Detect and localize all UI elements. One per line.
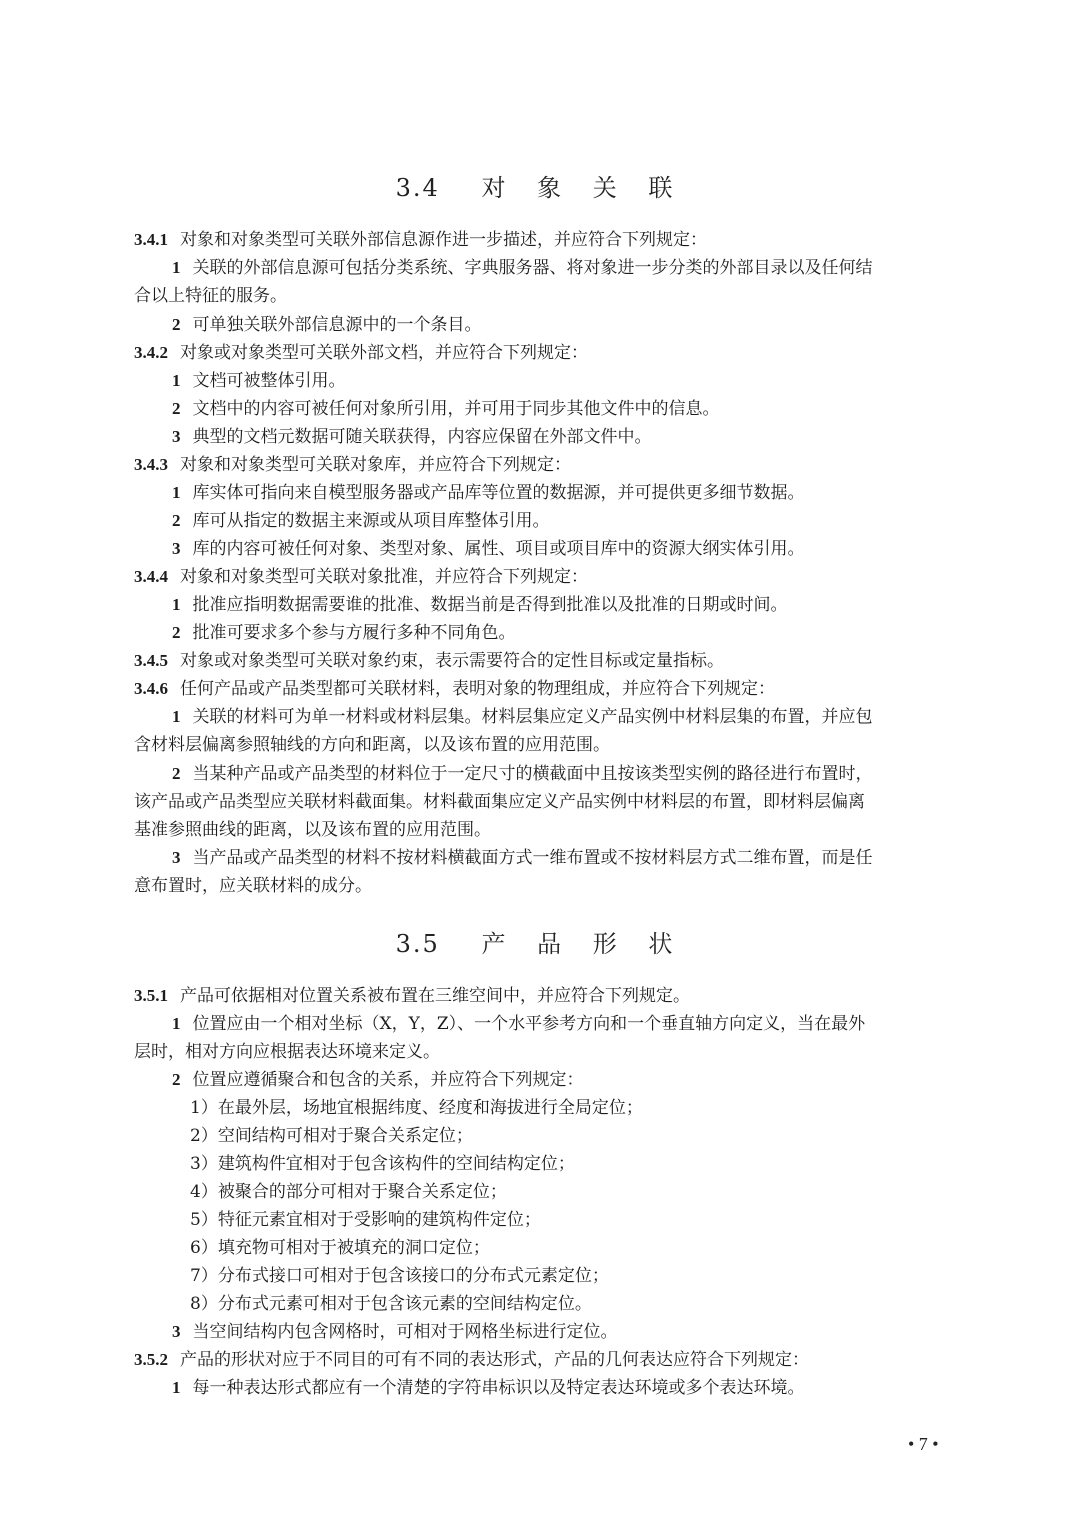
clause-text: 对象和对象类型可关联对象库，并应符合下列规定： (180, 455, 571, 475)
clause-text: 对象和对象类型可关联外部信息源作进一步描述，并应符合下列规定： (180, 230, 707, 250)
item-continuation: 基准参照曲线的距离，以及该布置的应用范围。 (134, 816, 974, 844)
item-3-5-1-3: 3当空间结构内包含网格时，可相对于网格坐标进行定位。 (172, 1318, 1012, 1346)
clause-3-4-5: 3.4.5对象或对象类型可关联对象约束，表示需要符合的定性目标或定量指标。 (134, 647, 974, 675)
item-3-4-2-1: 1文档可被整体引用。 (172, 367, 1012, 395)
item-3-4-1-2: 2可单独关联外部信息源中的一个条目。 (172, 311, 1012, 339)
section-heading-3-4: 3.4 对 象 关 联 (0, 168, 1080, 203)
item-number: 1 (172, 1014, 181, 1033)
item-number: 1 (172, 707, 181, 726)
subitem-number: 1） (190, 1098, 218, 1118)
item-text: 位置应遵循聚合和包含的关系，并应符合下列规定： (193, 1070, 584, 1090)
subitem-7: 7）分布式接口可相对于包含该接口的分布式元素定位； (190, 1262, 1030, 1290)
item-3-4-4-1: 1批准应指明数据需要谁的批准、数据当前是否得到批准以及批准的日期或时间。 (172, 591, 1012, 619)
clause-text: 对象或对象类型可关联外部文档，并应符合下列规定： (180, 343, 588, 363)
item-3-4-3-1: 1库实体可指向来自模型服务器或产品库等位置的数据源，并可提供更多细节数据。 (172, 479, 1012, 507)
clause-text: 对象或对象类型可关联对象约束，表示需要符合的定性目标或定量指标。 (180, 651, 724, 671)
item-number: 2 (172, 623, 181, 642)
section-number: 3.4 (396, 174, 440, 202)
item-text: 意布置时，应关联材料的成分。 (134, 876, 372, 896)
item-3-4-6-2: 2当某种产品或产品类型的材料位于一定尺寸的横截面中且按该类型实例的路径进行布置时… (172, 760, 1012, 788)
section-title-text: 产 品 形 状 (471, 930, 684, 958)
item-text: 库实体可指向来自模型服务器或产品库等位置的数据源，并可提供更多细节数据。 (193, 483, 805, 503)
item-text: 关联的外部信息源可包括分类系统、字典服务器、将对象进一步分类的外部目录以及任何结 (193, 258, 873, 278)
clause-number: 3.4.2 (134, 343, 168, 362)
subitem-6: 6）填充物可相对于被填充的洞口定位； (190, 1234, 1030, 1262)
clause-text: 任何产品或产品类型都可关联材料，表明对象的物理组成，并应符合下列规定： (180, 679, 775, 699)
item-text: 典型的文档元数据可随关联获得，内容应保留在外部文件中。 (193, 427, 652, 447)
item-3-4-4-2: 2批准可要求多个参与方履行多种不同角色。 (172, 619, 1012, 647)
subitem-number: 5） (190, 1210, 218, 1230)
clause-3-4-6: 3.4.6任何产品或产品类型都可关联材料，表明对象的物理组成，并应符合下列规定： (134, 675, 974, 703)
item-text: 文档可被整体引用。 (193, 371, 346, 391)
item-text: 位置应由一个相对坐标（X，Y，Z）、一个水平参考方向和一个垂直轴方向定义，当在最… (193, 1014, 866, 1034)
clause-number: 3.5.2 (134, 1350, 168, 1369)
item-text: 库的内容可被任何对象、类型对象、属性、项目或项目库中的资源大纲实体引用。 (193, 539, 805, 559)
item-continuation: 合以上特征的服务。 (134, 282, 974, 310)
subitem-text: 被聚合的部分可相对于聚合关系定位； (218, 1182, 507, 1202)
item-text: 关联的材料可为单一材料或材料层集。材料层集应定义产品实例中材料层集的布置，并应包 (193, 707, 873, 727)
page-number: • 7 • (908, 1434, 939, 1455)
item-3-5-2-1: 1每一种表达形式都应有一个清楚的字符串标识以及特定表达环境或多个表达环境。 (172, 1374, 1012, 1402)
title-char: 状 (648, 930, 674, 958)
item-text: 库可从指定的数据主来源或从项目库整体引用。 (193, 511, 550, 531)
clause-3-4-1: 3.4.1对象和对象类型可关联外部信息源作进一步描述，并应符合下列规定： (134, 226, 974, 254)
section-heading-3-5: 3.5 产 品 形 状 (0, 924, 1080, 959)
item-3-4-1-1: 1关联的外部信息源可包括分类系统、字典服务器、将对象进一步分类的外部目录以及任何… (172, 254, 1012, 282)
item-3-4-2-2: 2文档中的内容可被任何对象所引用，并可用于同步其他文件中的信息。 (172, 395, 1012, 423)
subitem-text: 分布式元素可相对于包含该元素的空间结构定位。 (218, 1294, 592, 1314)
subitem-text: 在最外层，场地宜根据纬度、经度和海拔进行全局定位； (218, 1098, 643, 1118)
item-text: 文档中的内容可被任何对象所引用，并可用于同步其他文件中的信息。 (193, 399, 720, 419)
title-char: 对 (481, 174, 507, 202)
item-continuation: 意布置时，应关联材料的成分。 (134, 872, 974, 900)
item-text: 合以上特征的服务。 (134, 286, 287, 306)
item-text: 批准应指明数据需要谁的批准、数据当前是否得到批准以及批准的日期或时间。 (193, 595, 788, 615)
item-text: 该产品或产品类型应关联材料截面集。材料截面集应定义产品实例中材料层的布置，即材料… (134, 792, 865, 812)
subitem-4: 4）被聚合的部分可相对于聚合关系定位； (190, 1178, 1030, 1206)
item-3-5-1-2: 2位置应遵循聚合和包含的关系，并应符合下列规定： (172, 1066, 1012, 1094)
item-continuation: 含材料层偏离参照轴线的方向和距离，以及该布置的应用范围。 (134, 731, 974, 759)
subitem-number: 2） (190, 1126, 218, 1146)
subitem-number: 7） (190, 1266, 218, 1286)
item-text: 批准可要求多个参与方履行多种不同角色。 (193, 623, 516, 643)
item-number: 3 (172, 427, 181, 446)
item-3-4-6-1: 1关联的材料可为单一材料或材料层集。材料层集应定义产品实例中材料层集的布置，并应… (172, 703, 1012, 731)
section-title-text: 对 象 关 联 (471, 174, 684, 202)
clause-3-5-2: 3.5.2产品的形状对应于不同目的可有不同的表达形式，产品的几何表达应符合下列规… (134, 1346, 974, 1374)
item-text: 层时，相对方向应根据表达环境来定义。 (134, 1042, 440, 1062)
item-text: 基准参照曲线的距离，以及该布置的应用范围。 (134, 820, 491, 840)
clause-number: 3.4.1 (134, 230, 168, 249)
item-number: 3 (172, 1322, 181, 1341)
section-number: 3.5 (396, 930, 440, 958)
item-3-4-6-3: 3当产品或产品类型的材料不按材料横截面方式一维布置或不按材料层方式二维布置，而是… (172, 844, 1012, 872)
clause-3-4-4: 3.4.4对象和对象类型可关联对象批准，并应符合下列规定： (134, 563, 974, 591)
subitem-8: 8）分布式元素可相对于包含该元素的空间结构定位。 (190, 1290, 1030, 1318)
item-3-5-1-1: 1位置应由一个相对坐标（X，Y，Z）、一个水平参考方向和一个垂直轴方向定义，当在… (172, 1010, 1012, 1038)
clause-text: 产品可依据相对位置关系被布置在三维空间中，并应符合下列规定。 (180, 986, 690, 1006)
subitem-3: 3）建筑构件宜相对于包含该构件的空间结构定位； (190, 1150, 1030, 1178)
subitem-number: 8） (190, 1294, 218, 1314)
item-continuation: 该产品或产品类型应关联材料截面集。材料截面集应定义产品实例中材料层的布置，即材料… (134, 788, 974, 816)
item-number: 1 (172, 371, 181, 390)
item-text: 当产品或产品类型的材料不按材料横截面方式一维布置或不按材料层方式二维布置，而是任 (193, 848, 873, 868)
clause-number: 3.4.4 (134, 567, 168, 586)
clause-text: 对象和对象类型可关联对象批准，并应符合下列规定： (180, 567, 588, 587)
title-char: 联 (648, 174, 674, 202)
subitem-text: 分布式接口可相对于包含该接口的分布式元素定位； (218, 1266, 609, 1286)
item-number: 2 (172, 399, 181, 418)
clause-text: 产品的形状对应于不同目的可有不同的表达形式，产品的几何表达应符合下列规定： (180, 1350, 809, 1370)
item-3-4-3-3: 3库的内容可被任何对象、类型对象、属性、项目或项目库中的资源大纲实体引用。 (172, 535, 1012, 563)
subitem-number: 4） (190, 1182, 218, 1202)
title-char: 品 (537, 930, 563, 958)
item-number: 1 (172, 483, 181, 502)
subitem-text: 填充物可相对于被填充的洞口定位； (218, 1238, 490, 1258)
subitem-2: 2）空间结构可相对于聚合关系定位； (190, 1122, 1030, 1150)
item-number: 2 (172, 764, 181, 783)
item-number: 1 (172, 258, 181, 277)
item-continuation: 层时，相对方向应根据表达环境来定义。 (134, 1038, 974, 1066)
item-number: 1 (172, 595, 181, 614)
subitem-number: 3） (190, 1154, 218, 1174)
subitem-text: 空间结构可相对于聚合关系定位； (218, 1126, 473, 1146)
item-text: 含材料层偏离参照轴线的方向和距离，以及该布置的应用范围。 (134, 735, 610, 755)
item-3-4-3-2: 2库可从指定的数据主来源或从项目库整体引用。 (172, 507, 1012, 535)
title-char: 象 (537, 174, 563, 202)
item-3-4-2-3: 3典型的文档元数据可随关联获得，内容应保留在外部文件中。 (172, 423, 1012, 451)
clause-number: 3.5.1 (134, 986, 168, 1005)
item-text: 当某种产品或产品类型的材料位于一定尺寸的横截面中且按该类型实例的路径进行布置时， (193, 764, 873, 784)
item-number: 2 (172, 1070, 181, 1089)
item-number: 2 (172, 315, 181, 334)
clause-number: 3.4.6 (134, 679, 168, 698)
clause-number: 3.4.3 (134, 455, 168, 474)
subitem-5: 5）特征元素宜相对于受影响的建筑构件定位； (190, 1206, 1030, 1234)
subitem-text: 建筑构件宜相对于包含该构件的空间结构定位； (218, 1154, 575, 1174)
clause-3-5-1: 3.5.1产品可依据相对位置关系被布置在三维空间中，并应符合下列规定。 (134, 982, 974, 1010)
title-char: 形 (593, 930, 619, 958)
item-text: 可单独关联外部信息源中的一个条目。 (193, 315, 482, 335)
item-number: 3 (172, 539, 181, 558)
title-char: 关 (593, 174, 619, 202)
clause-3-4-3: 3.4.3对象和对象类型可关联对象库，并应符合下列规定： (134, 451, 974, 479)
subitem-1: 1）在最外层，场地宜根据纬度、经度和海拔进行全局定位； (190, 1094, 1030, 1122)
clause-number: 3.4.5 (134, 651, 168, 670)
clause-3-4-2: 3.4.2对象或对象类型可关联外部文档，并应符合下列规定： (134, 339, 974, 367)
item-number: 3 (172, 848, 181, 867)
title-char: 产 (481, 930, 507, 958)
item-text: 当空间结构内包含网格时，可相对于网格坐标进行定位。 (193, 1322, 618, 1342)
item-number: 2 (172, 511, 181, 530)
subitem-text: 特征元素宜相对于受影响的建筑构件定位； (218, 1210, 541, 1230)
item-text: 每一种表达形式都应有一个清楚的字符串标识以及特定表达环境或多个表达环境。 (193, 1378, 805, 1398)
item-number: 1 (172, 1378, 181, 1397)
subitem-number: 6） (190, 1238, 218, 1258)
